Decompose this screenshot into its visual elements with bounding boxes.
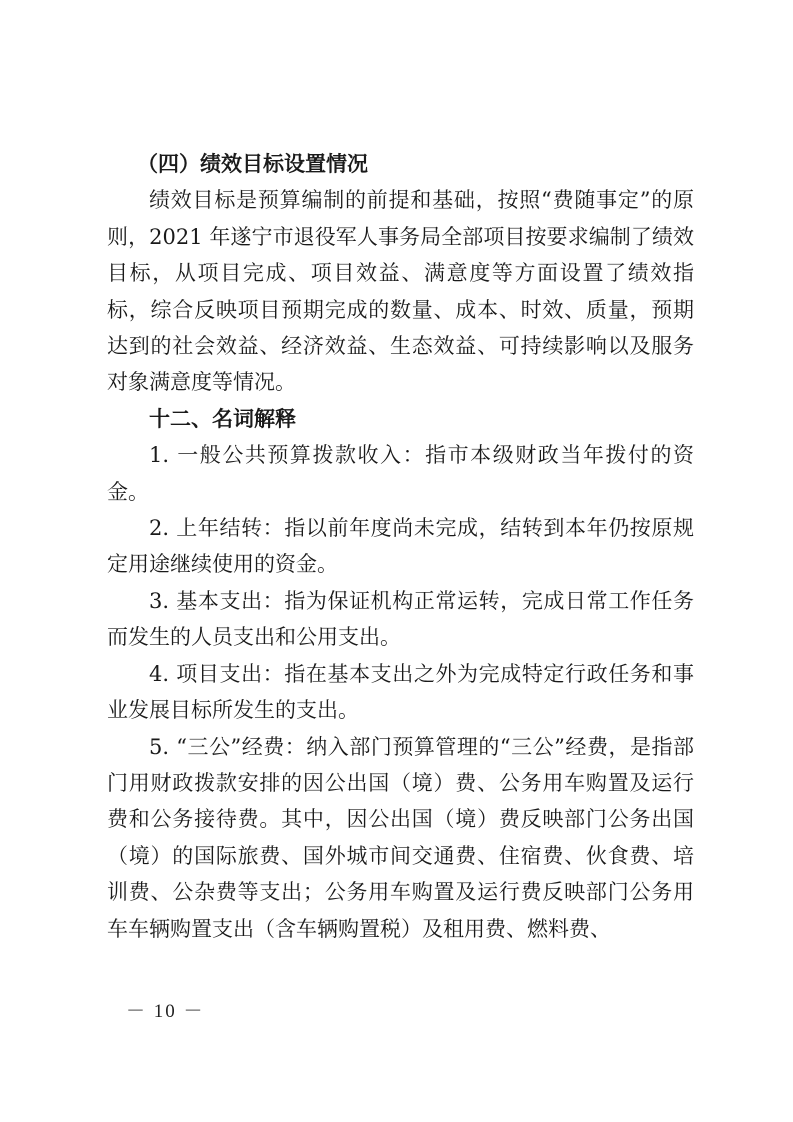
- definition-item: 2. 上年结转：指以前年度尚未完成，结转到本年仍按原规定用途继续使用的资金。: [107, 510, 694, 583]
- section-paragraph: 绩效目标是预算编制的前提和基础，按照“费随事定”的原则，2021 年遂宁市退役军…: [107, 182, 694, 400]
- definition-item: 4. 项目支出：指在基本支出之外为完成特定行政任务和事业发展目标所发生的支出。: [107, 656, 694, 729]
- document-page: （四）绩效目标设置情况 绩效目标是预算编制的前提和基础，按照“费随事定”的原则，…: [0, 0, 793, 1122]
- section-heading: （四）绩效目标设置情况: [107, 146, 694, 182]
- definition-item: 1. 一般公共预算拨款收入：指市本级财政当年拨付的资金。: [107, 437, 694, 510]
- page-body: （四）绩效目标设置情况 绩效目标是预算编制的前提和基础，按照“费随事定”的原则，…: [107, 146, 694, 947]
- chapter-heading: 十二、名词解释: [107, 401, 694, 437]
- page-number: － 10 －: [126, 996, 205, 1023]
- definition-item: 3. 基本支出：指为保证机构正常运转，完成日常工作任务而发生的人员支出和公用支出…: [107, 583, 694, 656]
- definition-item: 5. “三公”经费：纳入部门预算管理的“三公”经费，是指部门用财政拨款安排的因公…: [107, 729, 694, 947]
